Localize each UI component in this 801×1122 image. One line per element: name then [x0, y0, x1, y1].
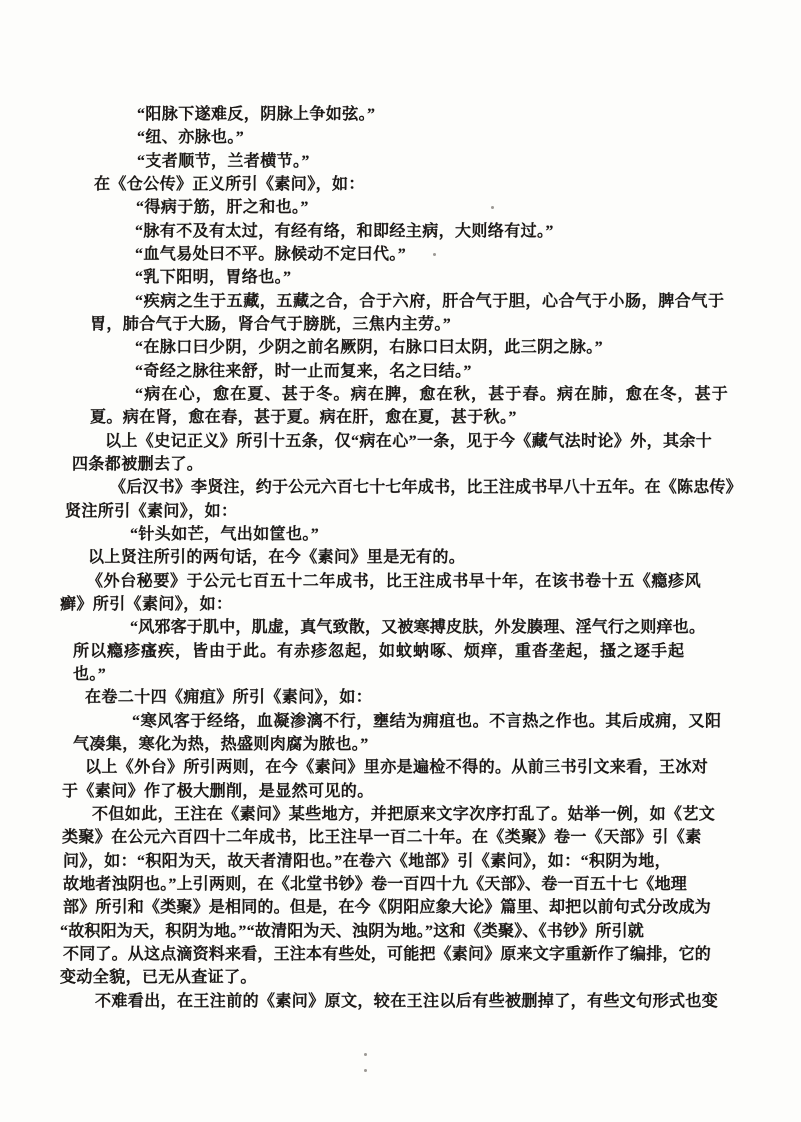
- text-line: “阳脉下遂难反，阴脉上争如弦。”: [137, 103, 375, 126]
- text-line: “乳下阳明，胃络也。”: [135, 266, 291, 289]
- text-line: “病在心，愈在夏、甚于冬。病在脾，愈在秋，甚于春。病在肺，愈在冬，甚于: [135, 383, 729, 406]
- text-line: 于《素问》作了极大删削，是显然可见的。: [62, 780, 374, 803]
- text-line: 不同了。从这点滴资料来看，王注本有些处，可能把《素问》原来文字重新作了编排，它的: [63, 943, 711, 966]
- text-line: 在《仓公传》正义所引《素问》，如：: [94, 173, 365, 196]
- text-line: 不难看出，在王注前的《素问》原文，较在王注以后有些被删掉了，有些文句形式也变: [95, 990, 718, 1013]
- text-line: “支者顺节，兰者横节。”: [137, 150, 310, 173]
- text-line: “纽、亦脉也。”: [137, 126, 244, 149]
- text-line: “故积阳为天，积阴为地。”“故清阳为天、浊阴为地。”这和《类聚》、《书钞》所引就: [60, 920, 644, 943]
- text-line: “风邪客于肌中，肌虚，真气致散，又被寒搏皮肤，外发腠理、淫气行之则痒也。: [130, 616, 705, 639]
- text-line: “疾病之生于五藏，五藏之合，合于六府，肝合气于胆，心合气于小肠，脾合气于: [135, 290, 725, 313]
- text-line: 在卷二十四《痈疽》所引《素问》，如：: [85, 686, 372, 709]
- text-line: 癣》所引《素问》，如：: [60, 593, 232, 616]
- text-line: “奇经之脉往来舒，时一止而复来，名之曰结。”: [135, 360, 472, 383]
- text-line: 类聚》在公元六百四十二年成书，比王注早一百二十年。在《类聚》卷一《天部》引《素: [62, 826, 702, 849]
- text-line: 《后汉书》李贤注，约于公元六百七十七年成书，比王注成书早八十五年。在《陈忠传》: [110, 476, 742, 499]
- text-line: 变动全貌，已无从查证了。: [60, 966, 257, 989]
- text-line: “在脉口曰少阴，少阴之前名厥阴，右脉口曰太阴，此三阴之脉。”: [135, 336, 603, 359]
- text-line: 以上贤注所引的两句话，在今《素问》里是无有的。: [88, 546, 465, 569]
- text-line: 《外台秘要》于公元七百五十二年成书，比王注成书早十年，在该书卷十五《瘾疹风: [87, 570, 701, 593]
- text-line: “针头如芒，气出如筐也。”: [130, 523, 319, 546]
- text-line: 故地者浊阴也。”上引两则，在《北堂书钞》卷一百四十九《天部》、卷一百五十七《地理: [63, 873, 687, 896]
- text-line: 以上《外台》所引两则，在今《素问》里亦是遍检不得的。从前三书引文来看，王冰对: [85, 756, 708, 779]
- text-line: 以上《史记正义》所引十五条，仅“病在心”一条，见于今《藏气法时论》外，其余十: [105, 430, 712, 453]
- text-line: 问》，如：“积阳为天，故天者清阳也。”在卷六《地部》引《素问》，如：“积阴为地，: [63, 850, 671, 873]
- text-line: 气凑集，寒化为热，热盛则肉腐为脓也。”: [73, 733, 369, 756]
- text-line: 也。”: [73, 663, 106, 686]
- scan-speck: [364, 1069, 367, 1072]
- text-line: 夏。病在肾，愈在春，甚于夏。病在肝，愈在夏，甚于秋。”: [90, 406, 517, 429]
- text-line: “得病于筋，肝之和也。”: [136, 196, 309, 219]
- scanned-book-page: “阳脉下遂难反，阴脉上争如弦。”“纽、亦脉也。”“支者顺节，兰者横节。”在《仓公…: [0, 0, 801, 1122]
- text-line: 所以瘾疹瘙疾，皆由于此。有赤疹忽起，如蚊蚋啄、烦痒，重沓垄起，搔之逐手起: [73, 640, 685, 663]
- text-line: “血气易处曰不平。脉候动不定曰代。”: [135, 243, 406, 266]
- text-line: 不但如此，王注在《素问》某些地方，并把原来文字次序打乱了。姑举一例，如《艺文: [92, 803, 715, 826]
- text-line: “脉有不及有太过，有经有络，和即经主病，大则络有过。”: [135, 220, 554, 243]
- scan-speck: [491, 206, 494, 209]
- text-line: 贤注所引《素问》，如：: [65, 500, 237, 523]
- text-line: “寒风客于经络，血凝渗漓不行，壅结为痈疽也。不言热之作也。其后成痈，又阳: [132, 710, 722, 733]
- text-line: 胃，肺合气于大肠，肾合气于膀胱，三焦内主劳。”: [90, 313, 451, 336]
- scan-speck: [364, 1053, 367, 1056]
- text-line: 部》所引和《类聚》是相同的。但是，在今《阴阳应象大论》篇里、却把以前句式分改成为: [63, 896, 711, 919]
- scan-speck: [433, 253, 436, 256]
- text-line: 四条都被删去了。: [72, 453, 203, 476]
